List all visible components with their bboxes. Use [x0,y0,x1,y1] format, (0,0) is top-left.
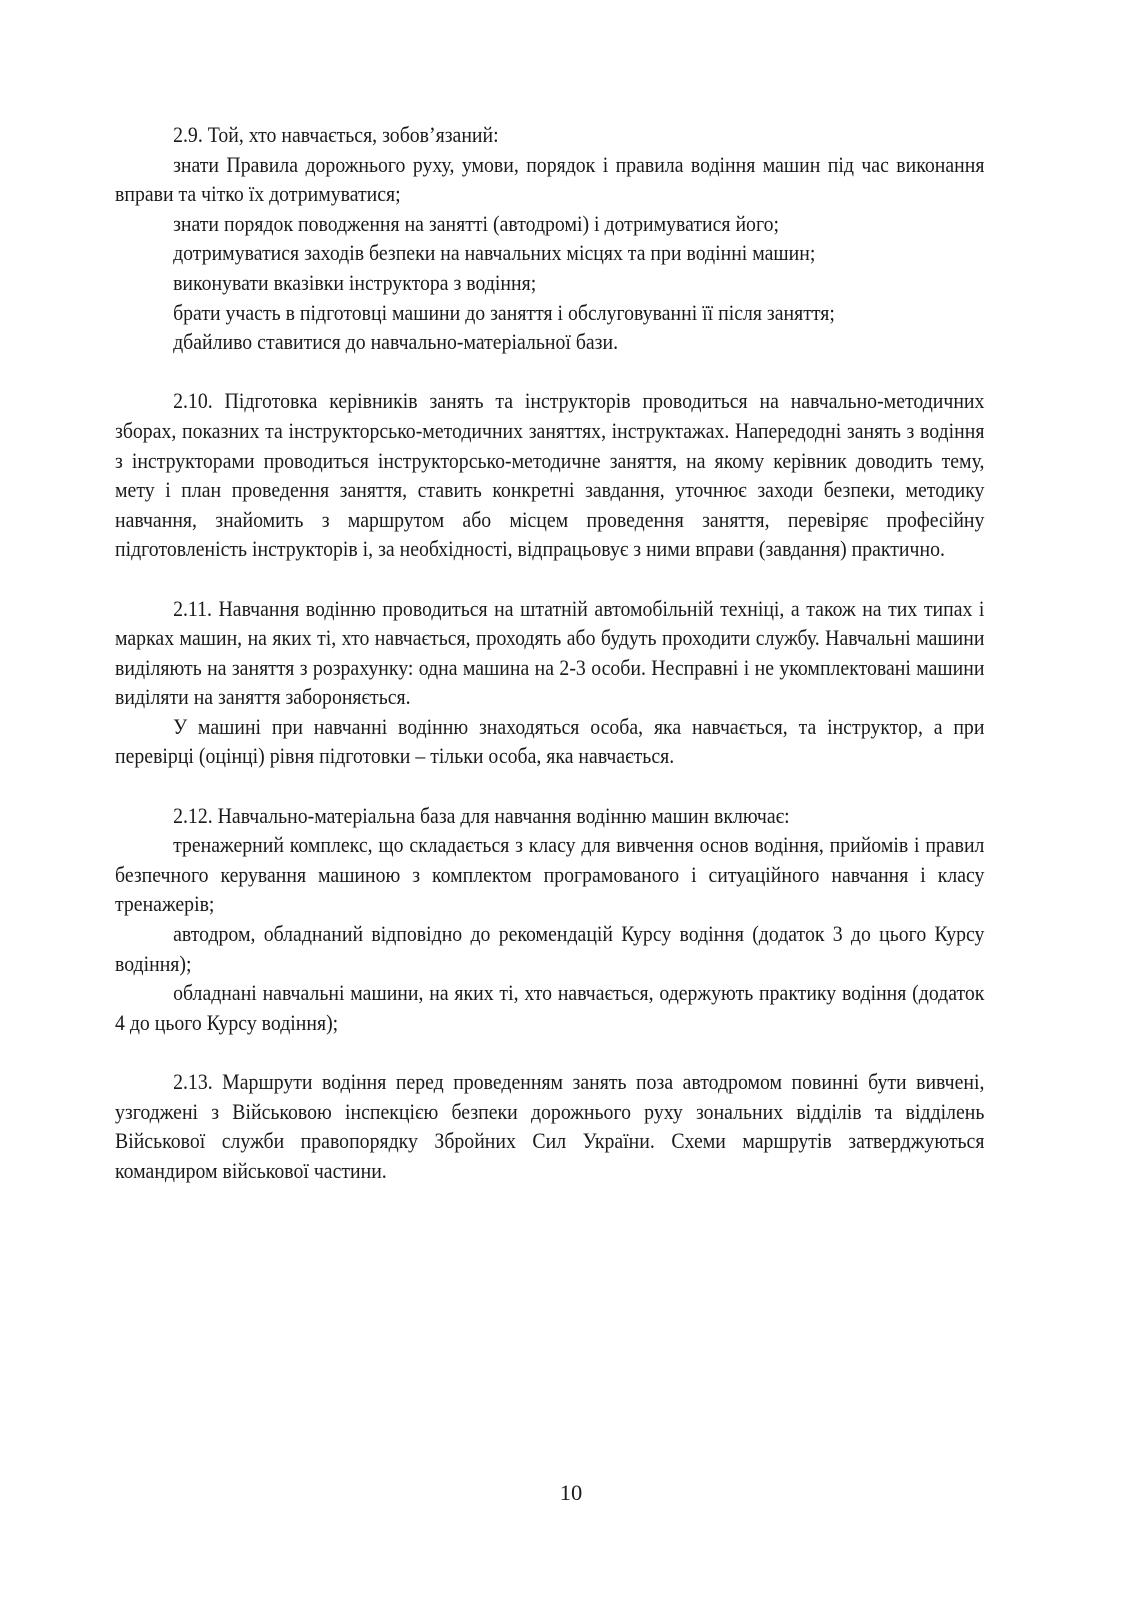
spacer [115,564,984,594]
section-2-10: 2.10. Підготовка керівників занять та ін… [115,386,984,564]
section-2-13: 2.13. Маршрути водіння перед проведенням… [115,1067,984,1185]
list-item: дотримуватися заходів безпеки на навчаль… [115,238,984,268]
paragraph: 2.13. Маршрути водіння перед проведенням… [115,1067,984,1185]
page-number: 10 [0,1480,1142,1506]
list-item: тренажерний комплекс, що складається з к… [115,830,984,919]
list-item: знати Правила дорожнього руху, умови, по… [115,150,984,209]
section-2-12: 2.12. Навчально-матеріальна база для нав… [115,801,984,1038]
section-2-11: 2.11. Навчання водінню проводиться на шт… [115,594,984,772]
list-item: автодром, обладнаний відповідно до реком… [115,919,984,978]
paragraph: У машині при навчанні водінню знаходятьс… [115,712,984,771]
spacer [115,1037,984,1067]
spacer [115,771,984,801]
section-heading: 2.12. Навчально-матеріальна база для нав… [115,801,984,831]
list-item: обладнані навчальні машини, на яких ті, … [115,978,984,1037]
spacer [115,357,984,387]
document-page: 2.9. Той, хто навчається, зобов’язаний: … [115,120,984,1185]
list-item: знати порядок поводження на занятті (авт… [115,209,984,239]
section-2-9: 2.9. Той, хто навчається, зобов’язаний: … [115,120,984,357]
list-item: дбайливо ставитися до навчально-матеріал… [115,327,984,357]
paragraph: 2.10. Підготовка керівників занять та ін… [115,386,984,564]
list-item: виконувати вказівки інструктора з водінн… [115,268,984,298]
paragraph: 2.11. Навчання водінню проводиться на шт… [115,594,984,712]
list-item: брати участь в підготовці машини до заня… [115,298,984,328]
section-heading: 2.9. Той, хто навчається, зобов’язаний: [115,120,984,150]
